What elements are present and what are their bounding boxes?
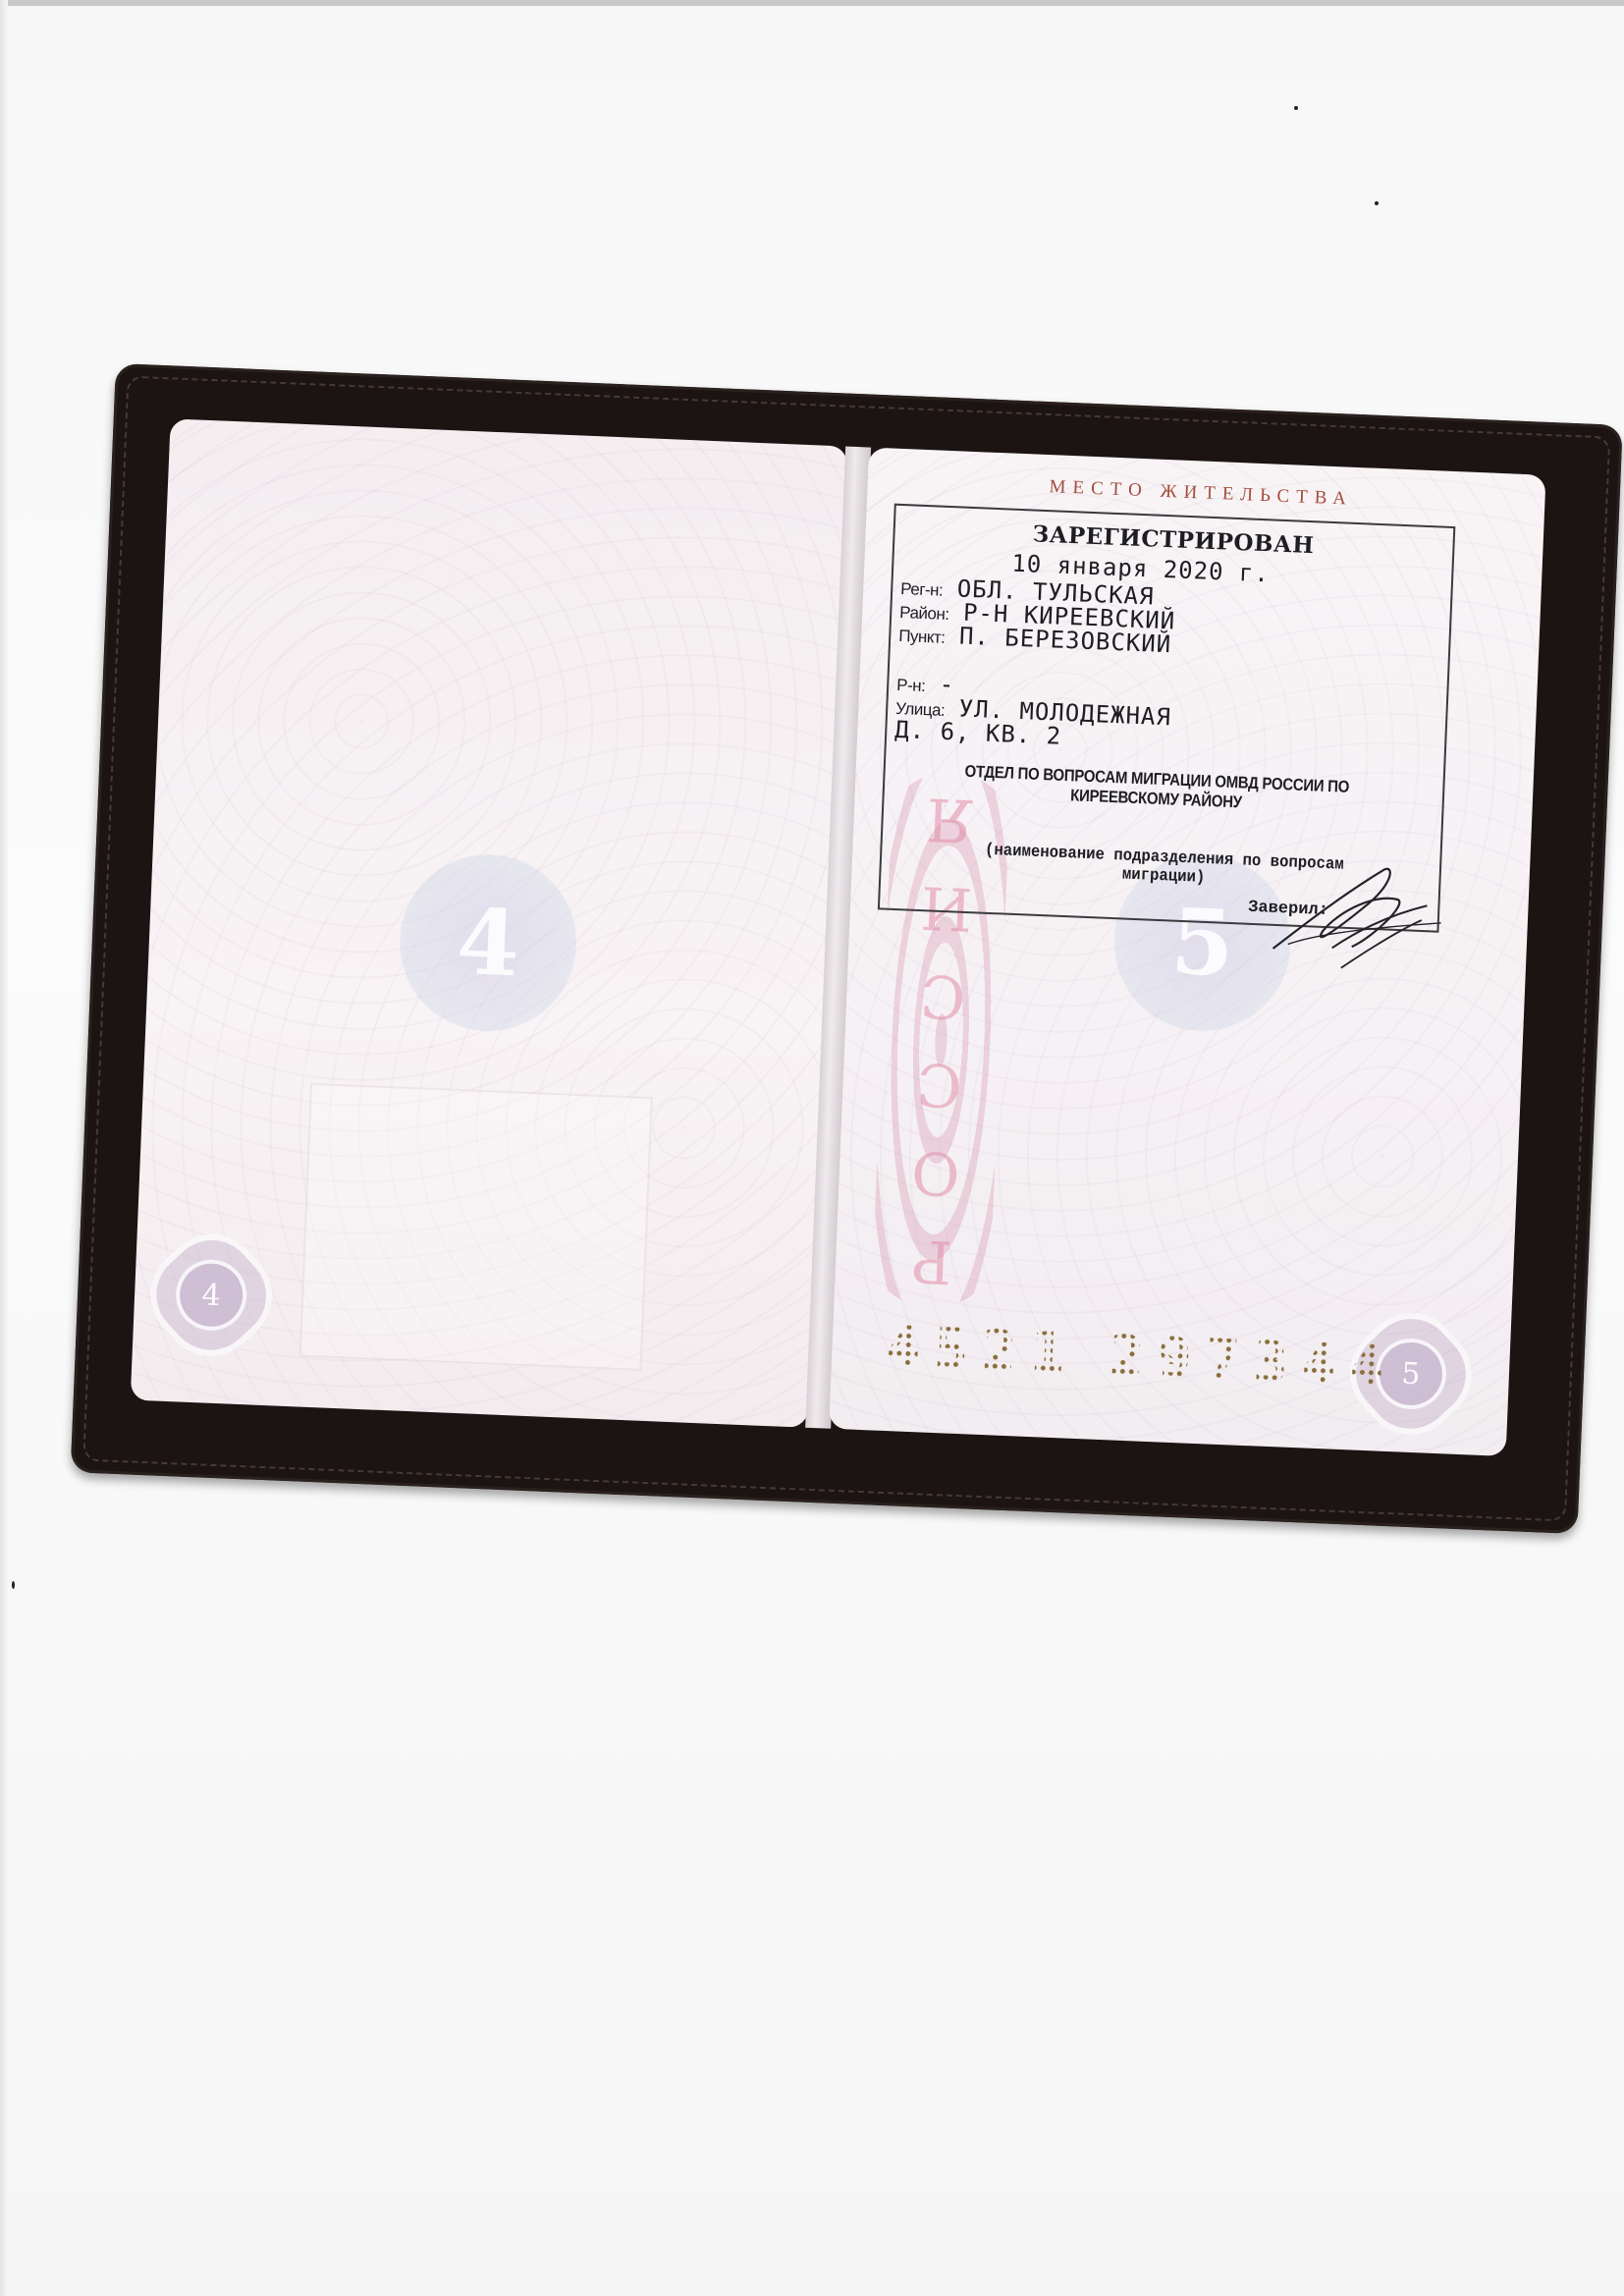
- perforation-digit: 2: [1109, 1322, 1146, 1390]
- perforation-digit: 4: [885, 1313, 922, 1381]
- ornament-letter: С: [915, 1049, 963, 1120]
- photo-area-showthrough: [299, 1083, 653, 1371]
- rosette-page-emblem: 4: [139, 1224, 283, 1367]
- registration-stamp: ЗАРЕГИСТРИРОВАН 10 января 2020 г. Рег-н:…: [878, 504, 1455, 933]
- perforation-gap: [1077, 1321, 1098, 1389]
- perforation-digit: 5: [933, 1315, 970, 1383]
- scan-edge: [0, 0, 8, 2296]
- ornament-letter: С: [919, 960, 967, 1031]
- perforation-digit: 7: [1204, 1326, 1241, 1394]
- perforation-digit: 9: [1157, 1324, 1194, 1392]
- perforation-digit: 3: [1252, 1328, 1289, 1395]
- page-left: 4 4: [131, 418, 847, 1427]
- dust-speck: [1294, 106, 1298, 110]
- signature-icon: [1243, 854, 1444, 980]
- issuing-department: ОТДЕЛ ПО ВОПРОСАМ МИГРАЦИИ ОМВД РОССИИ П…: [889, 759, 1426, 820]
- scan-edge: [0, 0, 1624, 6]
- perforation-digit: 1: [1029, 1319, 1066, 1387]
- field-house: Д. 6, КВ. 2: [894, 716, 1062, 750]
- dust-speck: [12, 1581, 15, 1589]
- ornament-letter: О: [910, 1137, 961, 1208]
- field-label: Пункт:: [898, 627, 946, 647]
- ornament-letter: Р: [911, 1226, 953, 1296]
- perforation-digit: 4: [1348, 1332, 1385, 1399]
- perforation-digit: 2: [981, 1317, 1018, 1385]
- dust-speck: [1375, 201, 1379, 205]
- field-value: Д. 6, КВ. 2: [894, 716, 1062, 750]
- perforation-digit: 4: [1300, 1330, 1337, 1397]
- passport-cover: 4 4 Р О С С И Я 5 МЕСТО ЖИТЕЛЬСТВА ЗАРЕГ…: [71, 363, 1623, 1534]
- page-right: Р О С С И Я 5 МЕСТО ЖИТЕЛЬСТВА ЗАРЕГИСТР…: [829, 448, 1545, 1456]
